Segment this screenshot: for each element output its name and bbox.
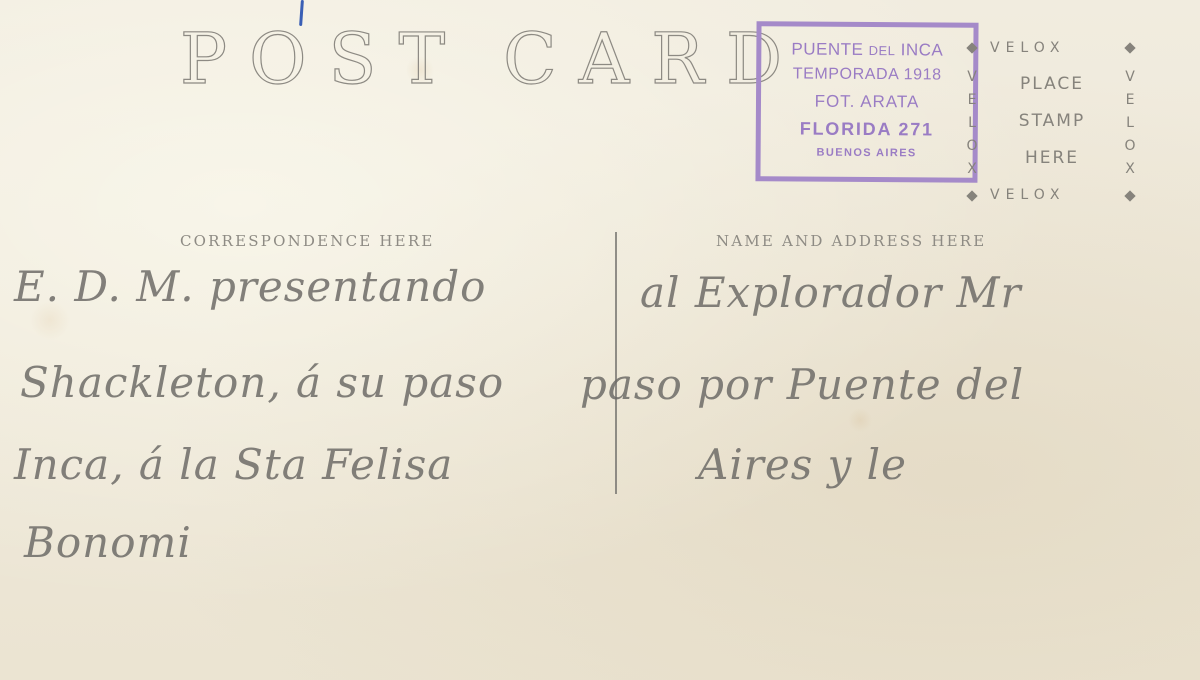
stamp-line-1: PUENTE DEL INCA bbox=[761, 40, 973, 58]
handwriting-line: Shackleton, á su paso bbox=[20, 358, 504, 407]
title-post: POST bbox=[180, 18, 467, 100]
here-text: HERE bbox=[990, 148, 1114, 168]
stamp-line-3: FOT. ARATA bbox=[761, 92, 973, 110]
handwriting-line: E. D. M. presentando bbox=[14, 262, 486, 311]
handwriting-line: Bonomi bbox=[24, 518, 192, 567]
correspondence-label: CORRESPONDENCE HERE bbox=[180, 232, 434, 250]
place-stamp-box: VELOX VELOX VELOX VELOX PLACE STAMP HERE bbox=[962, 36, 1140, 206]
place-text: PLACE bbox=[990, 74, 1114, 94]
stamp-text: STAMP bbox=[990, 111, 1114, 131]
velox-bottom: VELOX bbox=[990, 187, 1065, 203]
diamond-icon bbox=[1124, 190, 1135, 201]
handwriting-line: al Explorador Mr bbox=[640, 268, 1022, 317]
stamp-line-2: TEMPORADA 1918 bbox=[761, 66, 973, 83]
stamp-line-5: BUENOS AIRES bbox=[761, 147, 973, 159]
post-card-heading: POSTCARD bbox=[180, 18, 804, 100]
postcard-back: POSTCARD PUENTE DEL INCA TEMPORADA 1918 … bbox=[0, 0, 1200, 680]
diamond-icon bbox=[1124, 42, 1135, 53]
velox-left: VELOX bbox=[965, 66, 979, 181]
address-label: NAME AND ADDRESS HERE bbox=[716, 232, 986, 250]
velox-top: VELOX bbox=[990, 40, 1065, 56]
photographer-rubber-stamp: PUENTE DEL INCA TEMPORADA 1918 FOT. ARAT… bbox=[755, 21, 978, 183]
diamond-icon bbox=[966, 42, 977, 53]
handwriting-line: Aires y le bbox=[698, 440, 907, 489]
handwriting-line: Inca, á la Sta Felisa bbox=[14, 440, 453, 489]
stamp-line-4: FLORIDA 271 bbox=[761, 119, 973, 138]
velox-right: VELOX bbox=[1123, 66, 1137, 181]
handwriting-line: paso por Puente del bbox=[580, 360, 1024, 409]
diamond-icon bbox=[966, 190, 977, 201]
